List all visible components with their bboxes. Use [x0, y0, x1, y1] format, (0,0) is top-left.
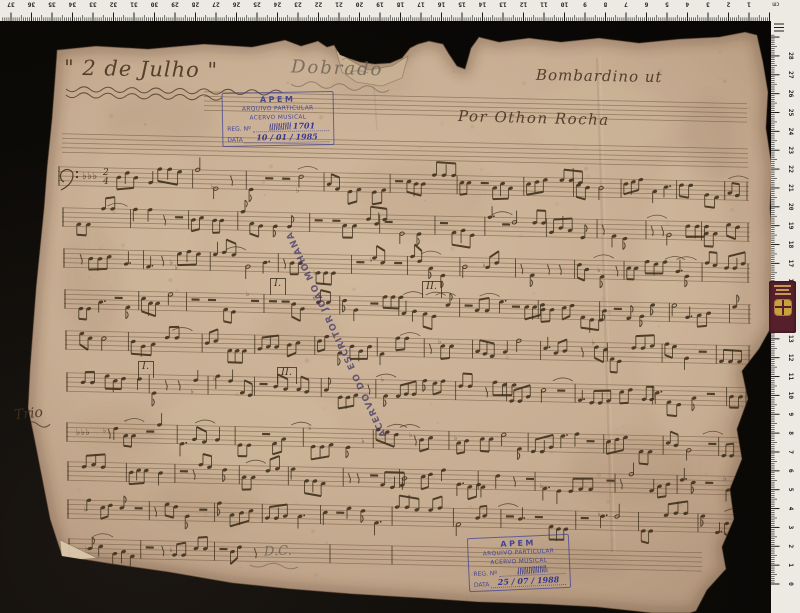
stamp-date-label: DATA [227, 137, 243, 144]
svg-text:7: 7 [787, 450, 794, 454]
svg-text:1: 1 [747, 0, 751, 7]
svg-text:10: 10 [561, 0, 569, 7]
svg-text:3: 3 [706, 0, 710, 7]
svg-text:4: 4 [685, 0, 689, 7]
svg-text:23: 23 [294, 0, 302, 7]
svg-text:32: 32 [110, 0, 118, 7]
genre-label: Dobrado [291, 56, 384, 80]
svg-text:♭: ♭ [409, 431, 412, 439]
svg-text:♭: ♭ [369, 256, 372, 264]
archive-seal [769, 281, 796, 333]
svg-text:21: 21 [787, 184, 794, 192]
stamp-date-value: 25 / 07 / 1988 [498, 574, 560, 587]
svg-text:12: 12 [520, 0, 528, 7]
svg-text:13: 13 [787, 335, 794, 343]
svg-text:5: 5 [665, 0, 669, 7]
svg-text:♭: ♭ [296, 186, 299, 194]
svg-text:6: 6 [644, 0, 648, 7]
svg-text:9: 9 [787, 412, 794, 416]
svg-text:25: 25 [787, 109, 794, 117]
archive-stamp-top: APEM ARQUIVO PARTICULAR ACERVO MUSICAL R… [222, 91, 335, 147]
svg-text:11: 11 [540, 0, 548, 7]
svg-text:♭♭♭: ♭♭♭ [76, 428, 90, 438]
svg-text:5: 5 [787, 488, 794, 492]
stamp-date-value: 10 / 01 / 1985 [256, 131, 318, 142]
svg-text:1: 1 [787, 563, 794, 567]
svg-text:♭: ♭ [592, 338, 595, 346]
svg-text:19: 19 [787, 222, 794, 230]
svg-text:11: 11 [787, 373, 794, 381]
seal-text-line [775, 293, 791, 295]
svg-text:♭: ♭ [723, 475, 726, 483]
volta-mark-2: II. [422, 281, 442, 298]
svg-text:27: 27 [787, 71, 794, 79]
seal-text-line [774, 285, 791, 287]
trio-section-label: Trio [13, 405, 43, 424]
stamp-reg-value: 1701 [293, 120, 315, 130]
svg-text:♭: ♭ [381, 376, 384, 384]
svg-text:19: 19 [376, 0, 384, 7]
stamp-org-label: APEM [227, 94, 329, 105]
svg-text:16: 16 [438, 0, 446, 7]
da-capo-mark: D.C. [264, 544, 292, 560]
svg-text:♭: ♭ [169, 546, 172, 554]
svg-text:36: 36 [28, 0, 36, 7]
archive-stamp-bottom: APEM ARQUIVO PARTICULAR ACERVO MUSICAL R… [467, 534, 571, 592]
svg-text:3: 3 [787, 526, 794, 530]
svg-text:28: 28 [192, 0, 200, 7]
svg-text:34: 34 [69, 0, 77, 7]
svg-text:♭: ♭ [454, 434, 457, 442]
svg-text:17: 17 [787, 260, 794, 268]
svg-text:37: 37 [7, 0, 15, 7]
svg-text:♭: ♭ [438, 337, 441, 345]
svg-text:♭: ♭ [597, 266, 600, 274]
volta-mark-1: I. [270, 278, 286, 295]
svg-text:17: 17 [417, 0, 425, 7]
svg-text:♭: ♭ [246, 290, 249, 298]
svg-text:29: 29 [171, 0, 179, 7]
svg-text:♭: ♭ [170, 259, 173, 267]
svg-text:30: 30 [151, 0, 159, 7]
svg-text:10: 10 [787, 392, 794, 400]
seal-text-line [776, 289, 789, 291]
svg-text:13: 13 [499, 0, 507, 7]
svg-text:22: 22 [787, 165, 794, 173]
svg-text:23: 23 [787, 146, 794, 154]
stamp-date-label: DATA [474, 581, 490, 589]
svg-text:4: 4 [102, 177, 109, 187]
svg-text:♭: ♭ [191, 388, 194, 396]
svg-text:♭: ♭ [85, 544, 88, 552]
piece-title: " 2 de Julho " [64, 56, 218, 83]
svg-text:♭♭♭: ♭♭♭ [82, 171, 98, 182]
crossed-out-scribble [269, 122, 291, 131]
svg-text:7: 7 [624, 0, 628, 7]
svg-text:6: 6 [787, 469, 794, 473]
svg-text:0: 0 [787, 582, 794, 586]
svg-text:9: 9 [583, 0, 587, 7]
svg-text:14: 14 [479, 0, 487, 7]
svg-text:8: 8 [787, 431, 794, 435]
svg-text:33: 33 [89, 0, 97, 7]
svg-text:25: 25 [253, 0, 261, 7]
svg-text:4: 4 [787, 507, 794, 511]
svg-text:35: 35 [48, 0, 56, 7]
svg-text:18: 18 [397, 0, 405, 7]
manuscript-page: ♭♭♭24♭♭♭♭♭♭♭♭♭♭♭♭♭♭♭♭♭♭♭♭♭♭♭♭♭♭♭♭ [0, 0, 800, 613]
stamp-line-1: ARQUIVO PARTICULAR [227, 105, 329, 113]
scan-backdrop: ♭♭♭24♭♭♭♭♭♭♭♭♭♭♭♭♭♭♭♭♭♭♭♭♭♭♭♭♭♭♭♭ " 2 de… [0, 0, 800, 613]
volta-mark-4: II. [277, 367, 297, 384]
svg-text:2: 2 [726, 0, 730, 7]
svg-text:20: 20 [356, 0, 364, 7]
svg-text:26: 26 [787, 90, 794, 98]
svg-text:18: 18 [787, 241, 794, 249]
svg-text:cm: cm [772, 0, 780, 7]
svg-text:8: 8 [603, 0, 607, 7]
svg-text:31: 31 [130, 0, 138, 7]
svg-text:28: 28 [787, 52, 794, 60]
svg-text:27: 27 [212, 0, 220, 7]
svg-text:2: 2 [787, 544, 794, 548]
top-ruler: 3736353433323130292827262524232221201918… [0, 0, 800, 21]
seal-emblem-icon [775, 300, 791, 315]
svg-text:24: 24 [274, 0, 282, 7]
svg-text:26: 26 [233, 0, 241, 7]
svg-text:15: 15 [458, 0, 466, 7]
instrument-label: Bombardino ut [536, 66, 663, 86]
svg-text:24: 24 [787, 128, 794, 136]
stamp-reg-label: REG. Nº [473, 570, 497, 578]
volta-mark-3: I. [138, 361, 154, 378]
svg-text:20: 20 [787, 203, 794, 211]
stamp-reg-label: REG. Nº [227, 125, 251, 132]
svg-text:♭: ♭ [361, 437, 364, 445]
svg-text:12: 12 [787, 354, 794, 362]
svg-text:22: 22 [315, 0, 323, 7]
crossed-out-scribble [517, 565, 548, 575]
svg-text:♭: ♭ [103, 427, 106, 435]
svg-text:21: 21 [335, 0, 343, 7]
